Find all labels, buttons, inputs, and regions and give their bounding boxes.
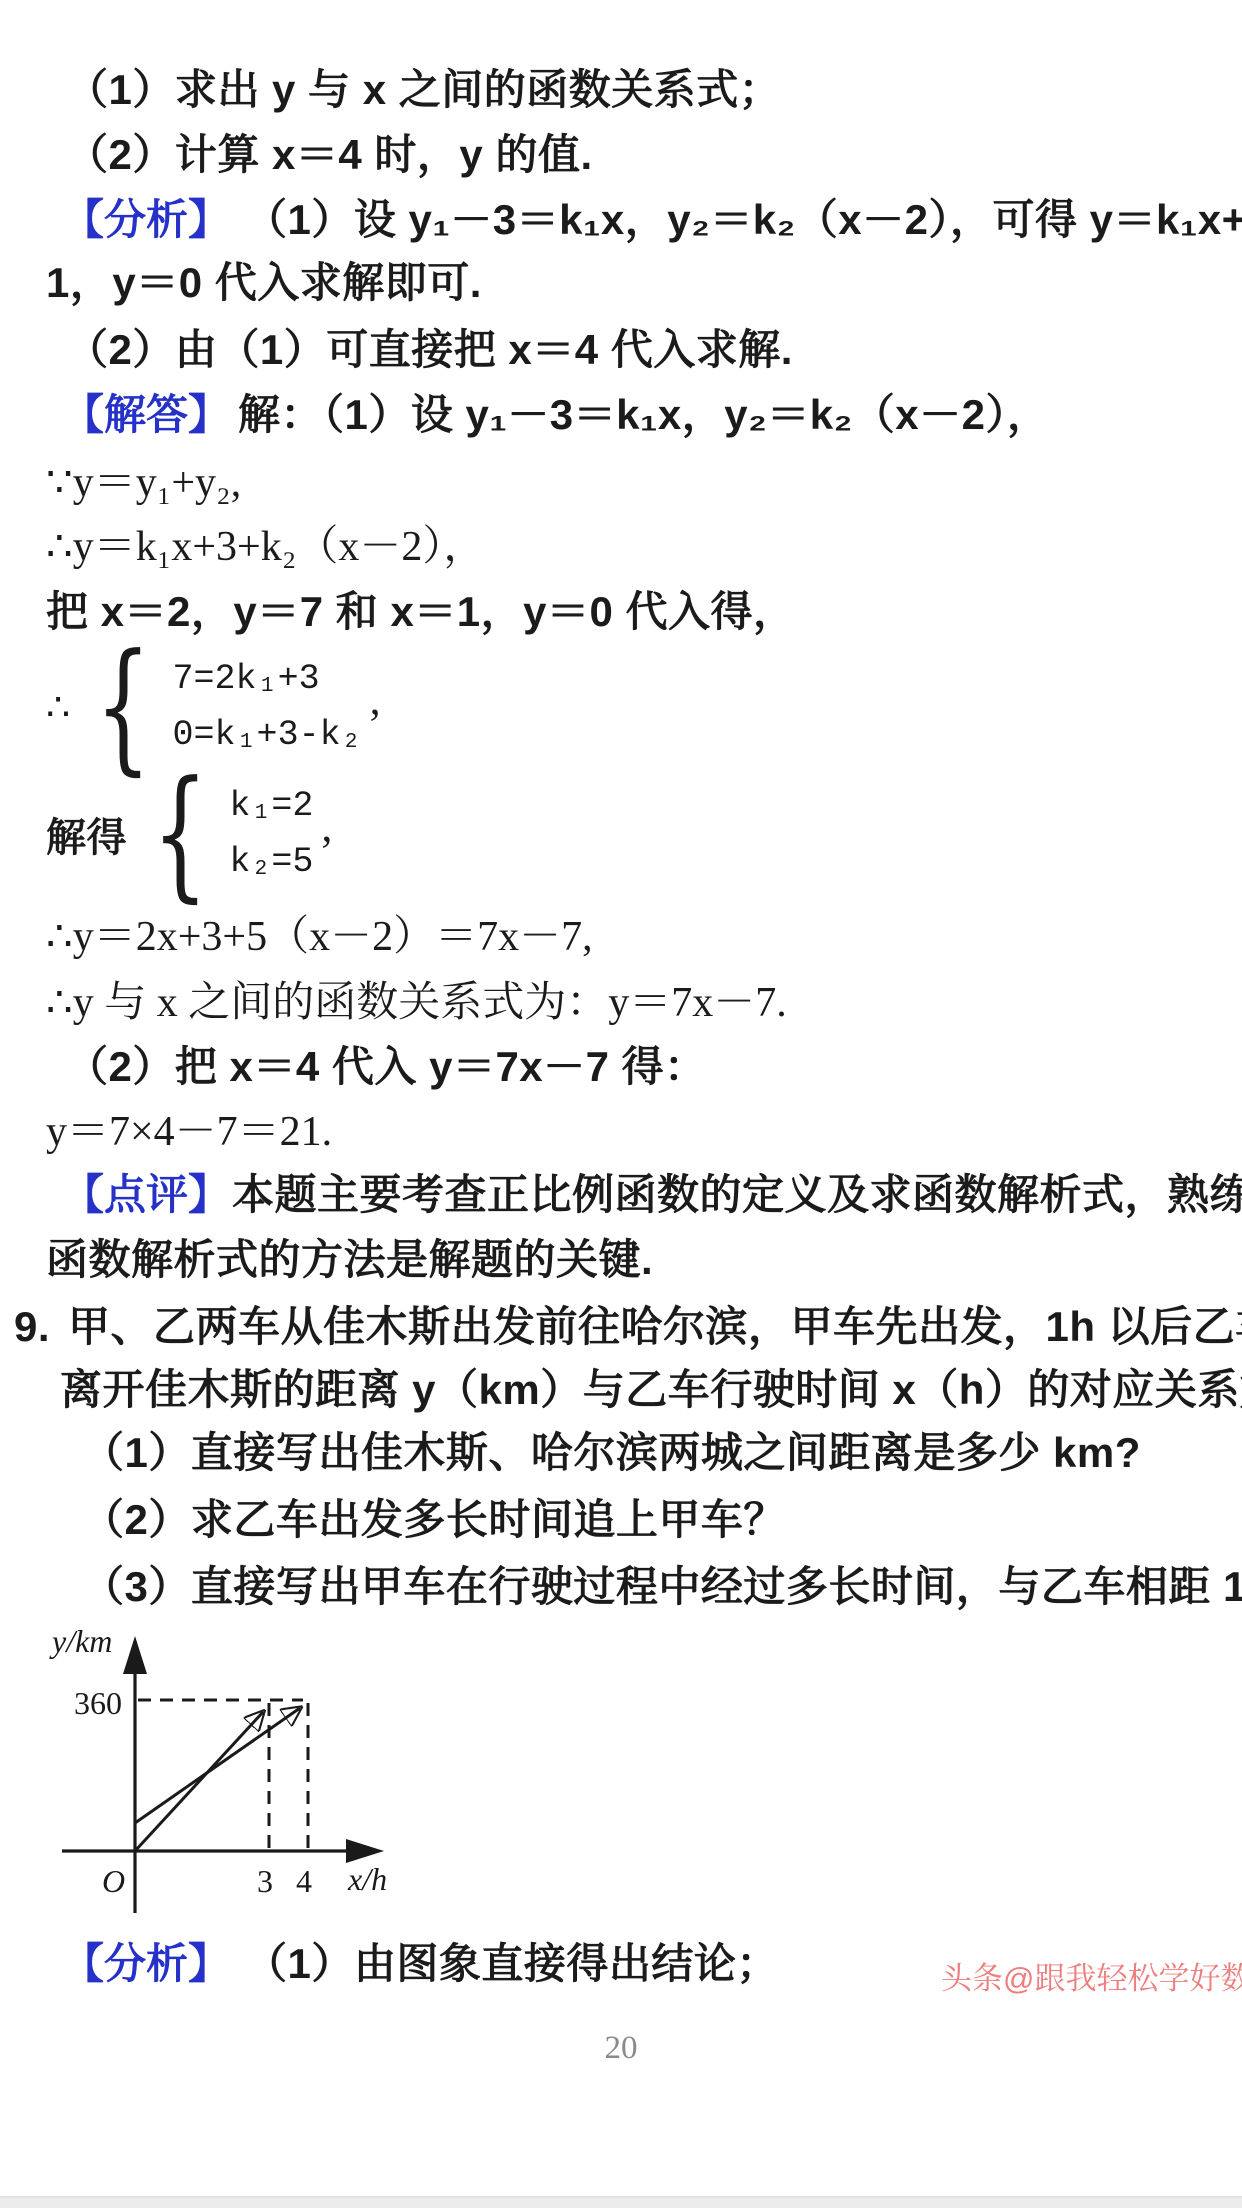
watermark-text: 头条@跟我轻松学好数学 bbox=[941, 1959, 1242, 1999]
car-a-line bbox=[135, 1708, 300, 1823]
q9-statement-text: 甲、乙两车从佳木斯出发前往哈尔滨，甲车先出发，1h 以后乙车出发，在整个过程中，… bbox=[68, 1303, 1242, 1350]
system1-comma: , bbox=[370, 674, 381, 725]
system2-equation-2: k₂=5 bbox=[229, 838, 313, 886]
answer-8-substitute: 把 x＝2，y＝7 和 x＝1，y＝0 代入得， bbox=[46, 580, 796, 644]
car-b-line bbox=[135, 1712, 263, 1851]
answer-8-intro: 【解答】解：（1）设 y₁－3＝k₁x，y₂＝k₂（x－2）， bbox=[62, 383, 1049, 448]
left-brace: { bbox=[152, 769, 208, 900]
answer-8-conclusion: ∴y 与 x 之间的函数关系式为：y＝7x－7. bbox=[46, 971, 787, 1035]
comment-8-line-2: 函数解析式的方法是解题的关键. bbox=[46, 1228, 653, 1292]
q9-number: 9. bbox=[14, 1303, 50, 1350]
q9-item-2: （2）求乙车出发多长时间追上甲车？ bbox=[82, 1488, 786, 1552]
answer-8-part2: （2）把 x＝4 代入 y＝7x－7 得： bbox=[66, 1035, 707, 1099]
q9-item-3: （3）直接写出甲车在行驶过程中经过多长时间，与乙车相距 18km. bbox=[82, 1555, 1242, 1619]
distance-time-graph: y/km 360 O 3 4 x/h bbox=[30, 1618, 460, 1918]
equation-system-1: ∴ { 7=2k₁+3 0=k₁+3-k₂ , bbox=[46, 642, 381, 772]
answer-8-intro-text: 解：（1）设 y₁－3＝k₁x，y₂＝k₂（x－2）， bbox=[238, 391, 1049, 438]
x-axis-label: x/h bbox=[347, 1861, 387, 1897]
system2-comma: , bbox=[321, 801, 332, 852]
analysis-8-line-2: 1，y＝0 代入求解即可. bbox=[46, 251, 482, 315]
y-tick-360: 360 bbox=[74, 1685, 122, 1721]
answer-8-expand: ∴y＝k₁x+3+k₂（x－2）， bbox=[46, 515, 485, 579]
analysis-9-line: 【分析】（1）由图象直接得出结论； bbox=[62, 1932, 779, 1997]
q9-statement-line-2: 离开佳木斯的距离 y（km）与乙车行驶时间 x（h）的对应关系如图所示： bbox=[60, 1358, 1242, 1422]
answer-8-result: y＝7×4－7＝21. bbox=[46, 1100, 332, 1164]
analysis-label: 【分析】 bbox=[62, 1940, 230, 1987]
analysis-label: 【分析】 bbox=[62, 196, 230, 243]
page-number: 20 bbox=[0, 2030, 1242, 2067]
y-axis-label: y/km bbox=[49, 1623, 112, 1659]
q8-item-2: （2）计算 x＝4 时，y 的值. bbox=[66, 123, 593, 187]
analysis-8-line-1: 【分析】（1）设 y₁－3＝k₁x，y₂＝k₂（x－2），可得 y＝k₁x+3+… bbox=[62, 188, 1242, 253]
answer-label: 【解答】 bbox=[62, 391, 230, 438]
analysis-8-text: （1）设 y₁－3＝k₁x，y₂＝k₂（x－2），可得 y＝k₁x+3+k₂（x… bbox=[266, 196, 1242, 243]
comment-label: 【点评】 bbox=[62, 1171, 230, 1218]
solve-get-text: 解得 bbox=[46, 806, 127, 863]
q9-item-1: （1）直接写出佳木斯、哈尔滨两城之间距离是多少 km? bbox=[82, 1421, 1141, 1485]
x-tick-4: 4 bbox=[296, 1863, 312, 1899]
comment-8-text: 本题主要考查正比例函数的定义及求函数解析式，熟练掌握正比例函数的定义及求 bbox=[232, 1171, 1242, 1218]
therefore-symbol: ∴ bbox=[46, 685, 70, 730]
left-brace: { bbox=[95, 642, 151, 773]
system2-equation-1: k₁=2 bbox=[229, 782, 313, 830]
q8-item-1: （1）求出 y 与 x 之间的函数关系式； bbox=[66, 58, 781, 122]
analysis-8-item-2: （2）由（1）可直接把 x＝4 代入求解. bbox=[66, 318, 793, 382]
system1-equation-1: 7=2k₁+3 bbox=[173, 655, 362, 703]
x-tick-3: 3 bbox=[257, 1863, 273, 1899]
q9-statement-line-1: 9.甲、乙两车从佳木斯出发前往哈尔滨，甲车先出发，1h 以后乙车出发，在整个过程… bbox=[14, 1295, 1242, 1359]
origin-label: O bbox=[102, 1863, 125, 1899]
equation-system-2: 解得 { k₁=2 k₂=5 , bbox=[46, 774, 332, 894]
x-axis-arrow-icon bbox=[346, 1839, 384, 1863]
analysis-9-text: （1）由图象直接得出结论； bbox=[266, 1940, 779, 1987]
answer-8-because: ∵y＝y₁+y₂, bbox=[46, 451, 241, 515]
y-axis-arrow-icon bbox=[123, 1636, 147, 1674]
document-page: （1）求出 y 与 x 之间的函数关系式； （2）计算 x＝4 时，y 的值. … bbox=[0, 0, 1242, 2208]
comment-8-line-1: 【点评】本题主要考查正比例函数的定义及求函数解析式，熟练掌握正比例函数的定义及求 bbox=[62, 1163, 1242, 1228]
answer-8-combine: ∴y＝2x+3+5（x－2）＝7x－7, bbox=[46, 905, 593, 969]
bottom-edge-bar bbox=[0, 2196, 1242, 2208]
